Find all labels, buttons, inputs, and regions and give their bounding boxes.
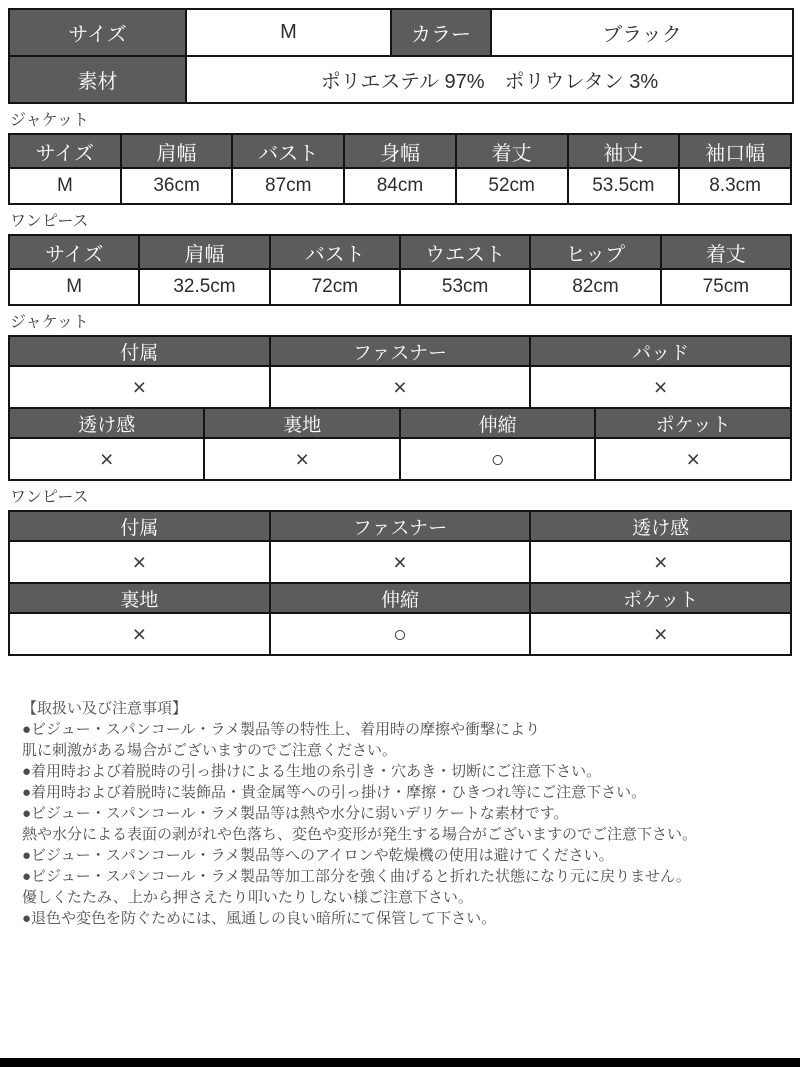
onepiece-feature-header-cell: ポケット [530,583,791,613]
jacket-feature-value-cell: × [595,438,791,480]
jacket-size-header-cell: 身幅 [344,134,456,168]
jacket-size-value-cell: 36cm [121,168,233,204]
onepiece-feature-value-cell: × [270,541,531,583]
onepiece-size-header-cell: バスト [270,235,400,269]
size-color-material-table: サイズ M カラー ブラック 素材 ポリエステル 97% ポリウレタン 3% [8,8,794,104]
size-color-row: サイズ M カラー ブラック [9,9,793,56]
jacket-features-header-row-2: 透け感 裏地 伸縮 ポケット [9,408,791,438]
jacket-feature-value-cell: ○ [400,438,595,480]
jacket-size-header-row: サイズ 肩幅 バスト 身幅 着丈 袖丈 袖口幅 [9,134,791,168]
jacket-features-value-row-1: × × × [9,366,791,408]
onepiece-feature-header-cell: 裏地 [9,583,270,613]
jacket-feature-header-cell: 伸縮 [400,408,595,438]
jacket-size-value-cell: 84cm [344,168,456,204]
onepiece-feature-value-cell: × [9,613,270,655]
care-note-line: ●ビジュー・スパンコール・ラメ製品等の特性上、着用時の摩擦や衝撃により [22,719,792,740]
jacket-size-value-cell: 87cm [232,168,344,204]
onepiece-size-table: サイズ 肩幅 バスト ウエスト ヒップ 着丈 M 32.5cm 72cm 53c… [8,234,792,306]
care-note-line: 熱や水分による表面の剥がれや色落ち、変色や変形が発生する場合がございますのでご注… [22,824,792,845]
jacket-feature-value-cell: × [530,366,791,408]
onepiece-size-value-cell: 53cm [400,269,530,305]
jacket-size-header-cell: 着丈 [456,134,568,168]
spec-content: サイズ M カラー ブラック 素材 ポリエステル 97% ポリウレタン 3% ジ… [0,0,800,929]
onepiece-features-header-row-1: 付属 ファスナー 透け感 [9,511,791,541]
onepiece-size-value-cell: 72cm [270,269,400,305]
onepiece-size-header-cell: サイズ [9,235,139,269]
onepiece-size-value-cell: 75cm [661,269,791,305]
jacket-size-header-cell: 袖口幅 [679,134,791,168]
onepiece-feature-header-cell: 付属 [9,511,270,541]
jacket-feature-value-cell: × [9,366,270,408]
jacket-size-table: サイズ 肩幅 バスト 身幅 着丈 袖丈 袖口幅 M 36cm 87cm 84cm… [8,133,792,205]
care-note-line: ●ビジュー・スパンコール・ラメ製品等へのアイロンや乾燥機の使用は避けてください。 [22,845,792,866]
jacket-feature-header-cell: 透け感 [9,408,204,438]
product-spec-sheet: サイズ M カラー ブラック 素材 ポリエステル 97% ポリウレタン 3% ジ… [0,0,800,1067]
onepiece-feature-value-cell: × [530,541,791,583]
onepiece-feature-header-cell: 伸縮 [270,583,531,613]
jacket-features-header-row-1: 付属 ファスナー パッド [9,336,791,366]
onepiece-feature-header-cell: 透け感 [530,511,791,541]
material-value-cell: ポリエステル 97% ポリウレタン 3% [186,56,793,103]
jacket-size-value-cell: M [9,168,121,204]
jacket-size-value-cell: 53.5cm [568,168,680,204]
onepiece-size-section-label: ワンピース [10,212,792,231]
jacket-feature-header-cell: ファスナー [270,336,531,366]
onepiece-features-header-row-2: 裏地 伸縮 ポケット [9,583,791,613]
jacket-size-value-row: M 36cm 87cm 84cm 52cm 53.5cm 8.3cm [9,168,791,204]
jacket-feature-header-cell: ポケット [595,408,791,438]
jacket-size-value-cell: 52cm [456,168,568,204]
onepiece-size-header-cell: 肩幅 [139,235,269,269]
onepiece-feature-value-cell: ○ [270,613,531,655]
onepiece-size-header-cell: ヒップ [530,235,660,269]
jacket-size-header-cell: バスト [232,134,344,168]
onepiece-feature-value-cell: × [530,613,791,655]
jacket-size-header-cell: 袖丈 [568,134,680,168]
jacket-feature-value-cell: × [9,438,204,480]
color-label-cell: カラー [391,9,491,56]
care-notes-title: 【取扱い及び注意事項】 [22,698,792,719]
size-value-cell: M [186,9,391,56]
care-note-line: 優しくたたみ、上から押さえたり叩いたりしない様ご注意下さい。 [22,887,792,908]
onepiece-size-value-row: M 32.5cm 72cm 53cm 82cm 75cm [9,269,791,305]
onepiece-features-value-row-2: × ○ × [9,613,791,655]
care-note-line: ●ビジュー・スパンコール・ラメ製品等加工部分を強く曲げると折れた状態になり元に戻… [22,866,792,887]
bottom-edge-bar [0,1058,800,1067]
jacket-features-section-label: ジャケット [10,313,792,332]
jacket-features-table: 付属 ファスナー パッド × × × 透け感 裏地 伸縮 ポケット × × ○ … [8,335,792,481]
care-note-line: ●着用時および着脱時に装飾品・貴金属等への引っ掛け・摩擦・ひきつれ等にご注意下さ… [22,782,792,803]
jacket-size-value-cell: 8.3cm [679,168,791,204]
care-notes: 【取扱い及び注意事項】 ●ビジュー・スパンコール・ラメ製品等の特性上、着用時の摩… [22,698,792,929]
jacket-feature-header-cell: 付属 [9,336,270,366]
onepiece-size-header-cell: ウエスト [400,235,530,269]
care-note-line: ●退色や変色を防ぐためには、風通しの良い暗所にて保管して下さい。 [22,908,792,929]
material-row: 素材 ポリエステル 97% ポリウレタン 3% [9,56,793,103]
onepiece-features-value-row-1: × × × [9,541,791,583]
onepiece-features-table: 付属 ファスナー 透け感 × × × 裏地 伸縮 ポケット × ○ × [8,510,792,656]
onepiece-size-value-cell: 32.5cm [139,269,269,305]
material-label-cell: 素材 [9,56,186,103]
jacket-size-header-cell: サイズ [9,134,121,168]
onepiece-size-header-cell: 着丈 [661,235,791,269]
size-label-cell: サイズ [9,9,186,56]
onepiece-feature-header-cell: ファスナー [270,511,531,541]
jacket-feature-header-cell: パッド [530,336,791,366]
jacket-feature-value-cell: × [204,438,399,480]
care-note-line: 肌に刺激がある場合がございますのでご注意ください。 [22,740,792,761]
onepiece-feature-value-cell: × [9,541,270,583]
jacket-feature-header-cell: 裏地 [204,408,399,438]
jacket-features-value-row-2: × × ○ × [9,438,791,480]
jacket-feature-value-cell: × [270,366,531,408]
onepiece-size-header-row: サイズ 肩幅 バスト ウエスト ヒップ 着丈 [9,235,791,269]
onepiece-size-value-cell: 82cm [530,269,660,305]
care-note-line: ●ビジュー・スパンコール・ラメ製品等は熱や水分に弱いデリケートな素材です。 [22,803,792,824]
jacket-size-header-cell: 肩幅 [121,134,233,168]
onepiece-features-section-label: ワンピース [10,488,792,507]
jacket-size-section-label: ジャケット [10,111,792,130]
care-note-line: ●着用時および着脱時の引っ掛けによる生地の糸引き・穴あき・切断にご注意下さい。 [22,761,792,782]
onepiece-size-value-cell: M [9,269,139,305]
color-value-cell: ブラック [491,9,793,56]
